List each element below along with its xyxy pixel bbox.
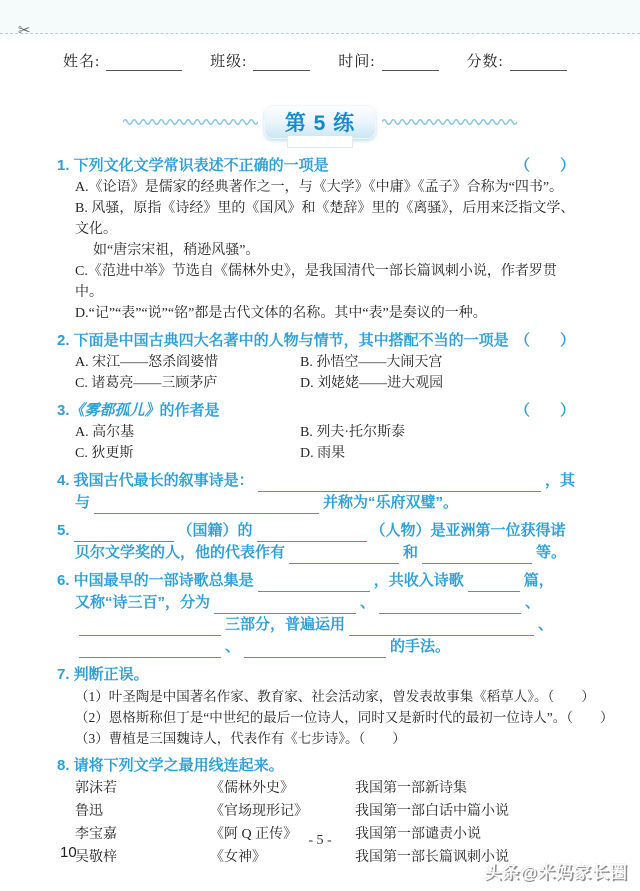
question-3: 3.《雾都孤儿》的作者是 （ ） A. 高尔基 B. 列夫·托尔斯泰 C. 狄更… — [57, 400, 575, 464]
question-4-text-2: ，其 — [545, 470, 575, 492]
question-1-stem-row: 1. 下列文化文学常识表述不正确的一项是 （ ） — [57, 155, 575, 177]
question-5-text-1: （国籍）的 — [178, 520, 253, 542]
time-blank-line — [382, 54, 439, 71]
question-3-book-title: 《雾都孤儿》 — [70, 402, 160, 419]
question-2-stem-row: 2. 下面是中国古典四大名著中的人物与情节，其中搭配不当的一项是 （ ） — [57, 330, 575, 352]
question-7-item-1: （1）叶圣陶是中国著名作家、教育家、社会活动家，曾发表故事集《稻草人》。（ ） — [57, 686, 575, 707]
question-6-text-8: 、 — [538, 614, 553, 636]
question-2-option-b: B. 孙悟空——大闹天宫 — [300, 352, 575, 373]
question-8-stem-row: 8. 请将下列文学之最用线连起来。 — [57, 755, 575, 777]
blank-line — [79, 620, 221, 636]
worksheet-body: 1. 下列文化文学常识表述不正确的一项是 （ ） A.《论语》是儒家的经典著作之… — [57, 155, 575, 875]
question-5-line-1: 5. （国籍）的 （人物）是亚洲第一位获得诺 — [57, 520, 575, 542]
blank-line — [244, 642, 386, 658]
question-3-option-c: C. 狄更斯 — [75, 443, 300, 464]
question-4-line-2: 与 并称为“乐府双璧”。 — [57, 492, 575, 514]
blank-line — [422, 548, 532, 564]
watermark-text: 头条@米妈家长圈 — [484, 858, 628, 883]
question-6-text-4: 又称“诗三百”，分为 — [75, 592, 210, 614]
time-field: 时间: — [338, 50, 438, 71]
question-1-option-b-cont: 如“唐宗宋祖，稍逊风骚”。 — [57, 240, 575, 261]
question-4-text-1: 4. 我国古代最长的叙事诗是： — [57, 470, 254, 492]
wavy-line-left-icon — [123, 116, 258, 128]
blank-line — [94, 498, 319, 514]
student-info-row: 姓名: 班级: 时间: 分数: — [63, 50, 600, 71]
question-3-options-row-2: C. 狄更斯 D. 雨果 — [57, 443, 575, 464]
question-3-options-row-1: A. 高尔基 B. 列夫·托尔斯泰 — [57, 422, 575, 443]
question-3-option-b: B. 列夫·托尔斯泰 — [300, 422, 575, 443]
question-2-answer-bracket: （ ） — [515, 330, 575, 352]
question-1-option-a: A.《论语》是儒家的经典著作之一，与《大学》《中庸》《孟子》合称为“四书”。 — [57, 177, 575, 198]
question-2-stem: 2. 下面是中国古典四大名著中的人物与情节，其中搭配不当的一项是 — [57, 330, 509, 352]
question-7-stem-row: 7. 判断正误。 — [57, 664, 575, 686]
question-2-options-row-2: C. 诸葛亮——三顾茅庐 D. 刘姥姥——进大观园 — [57, 373, 575, 394]
blank-line — [258, 476, 541, 492]
blank-line — [379, 598, 521, 614]
question-1-answer-bracket: （ ） — [515, 155, 575, 177]
score-field: 分数: — [467, 50, 567, 71]
question-1: 1. 下列文化文学常识表述不正确的一项是 （ ） A.《论语》是儒家的经典著作之… — [57, 155, 575, 324]
blank-line — [257, 526, 367, 542]
blank-line — [74, 526, 174, 542]
match-author: 吴敬梓 — [75, 846, 210, 869]
question-1-option-b: B. 风骚，原指《诗经》里的《国风》和《楚辞》里的《离骚》，后用来泛指文学、文化… — [57, 198, 575, 240]
blank-line — [289, 548, 399, 564]
question-7: 7. 判断正误。 （1）叶圣陶是中国著名作家、教育家、社会活动家，曾发表故事集《… — [57, 664, 575, 749]
question-2-options-row-1: A. 宋江——怒杀阎婆惜 B. 孙悟空——大闹天宫 — [57, 352, 575, 373]
question-3-stem: 3.《雾都孤儿》的作者是 — [57, 400, 220, 422]
question-6-line-3: 三部分，普遍运用 、 — [57, 614, 575, 636]
wavy-line-right-icon — [382, 116, 517, 128]
question-8-stem: 8. 请将下列文学之最用线连起来。 — [57, 755, 284, 777]
question-3-option-a: A. 高尔基 — [75, 422, 300, 443]
blank-line — [349, 620, 534, 636]
question-8: 8. 请将下列文学之最用线连起来。 郭沫若 《儒林外史》 我国第一部新诗集 鲁迅… — [57, 755, 575, 869]
question-6: 6. 中国最早的一部诗歌总集是 ，共收入诗歌 篇， 又称“诗三百”，分为 、 、… — [57, 570, 575, 658]
question-5: 5. （国籍）的 （人物）是亚洲第一位获得诺 贝尔文学奖的人，他的代表作有 和 … — [57, 520, 575, 564]
match-desc: 我国第一部白话中篇小说 — [355, 800, 575, 823]
question-5-text-2: （人物）是亚洲第一位获得诺 — [371, 520, 566, 542]
class-field: 班级: — [210, 50, 310, 71]
page-top-tint — [0, 0, 640, 33]
match-book: 《女神》 — [210, 846, 355, 869]
question-5-number: 5. — [57, 520, 70, 542]
lesson-badge-row: 第 5 练 — [0, 96, 640, 148]
cut-dashed-line: ✂ — [0, 33, 640, 34]
question-4-line-1: 4. 我国古代最长的叙事诗是： ，其 — [57, 470, 575, 492]
question-7-stem: 7. 判断正误。 — [57, 664, 149, 686]
sheet-page-number: - 5 - — [0, 833, 640, 849]
question-3-answer-bracket: （ ） — [515, 400, 575, 422]
question-6-line-4: 、 的手法。 — [57, 636, 575, 658]
match-author: 鲁迅 — [75, 800, 210, 823]
name-field: 姓名: — [63, 50, 182, 71]
blank-line — [468, 576, 520, 592]
class-label: 班级: — [210, 50, 247, 71]
question-4-text-4: 并称为“乐府双璧”。 — [323, 492, 458, 514]
question-3-option-d: D. 雨果 — [300, 443, 575, 464]
time-label: 时间: — [338, 50, 375, 71]
question-7-item-3: （3）曹植是三国魏诗人，代表作有《七步诗》。（ ） — [57, 728, 575, 749]
question-6-text-9: 、 — [225, 636, 240, 658]
match-book: 《儒林外史》 — [210, 777, 355, 800]
blank-line — [79, 642, 221, 658]
question-5-text-4: 和 — [403, 542, 418, 564]
question-6-text-5: 、 — [360, 592, 375, 614]
question-6-text-10: 的手法。 — [390, 636, 450, 658]
question-7-item-2: （2）恩格斯称但丁是“中世纪的最后一位诗人，同时又是新时代的最初一位诗人”。（ … — [57, 707, 575, 728]
blank-line — [258, 576, 370, 592]
score-blank-line — [510, 54, 567, 71]
name-blank-line — [106, 54, 182, 71]
question-6-text-3: 篇， — [524, 570, 554, 592]
name-label: 姓名: — [63, 50, 100, 71]
question-2-option-a: A. 宋江——怒杀阎婆惜 — [75, 352, 300, 373]
score-label: 分数: — [467, 50, 504, 71]
question-4: 4. 我国古代最长的叙事诗是： ，其 与 并称为“乐府双璧”。 — [57, 470, 575, 514]
question-6-text-6: 、 — [525, 592, 540, 614]
question-3-number: 3. — [57, 402, 70, 419]
class-blank-line — [253, 54, 310, 71]
question-5-text-5: 等。 — [536, 542, 566, 564]
question-3-stem-rest: 的作者是 — [160, 402, 220, 419]
match-author: 郭沫若 — [75, 777, 210, 800]
question-6-line-1: 6. 中国最早的一部诗歌总集是 ，共收入诗歌 篇， — [57, 570, 575, 592]
question-2-option-c: C. 诸葛亮——三顾茅庐 — [75, 373, 300, 394]
lesson-badge-ribbon-tab — [287, 136, 353, 148]
question-1-option-c: C.《范进中举》节选自《儒林外史》，是我国清代一部长篇讽刺小说，作者罗贯中。 — [57, 261, 575, 303]
question-5-line-2: 贝尔文学奖的人，他的代表作有 和 等。 — [57, 542, 575, 564]
question-6-text-7: 三部分，普遍运用 — [225, 614, 345, 636]
question-2: 2. 下面是中国古典四大名著中的人物与情节，其中搭配不当的一项是 （ ） A. … — [57, 330, 575, 394]
scissors-icon: ✂ — [18, 23, 31, 38]
question-3-stem-row: 3.《雾都孤儿》的作者是 （ ） — [57, 400, 575, 422]
blank-line — [214, 598, 356, 614]
question-6-text-2: ，共收入诗歌 — [374, 570, 464, 592]
match-desc: 我国第一部新诗集 — [355, 777, 575, 800]
question-6-line-2: 又称“诗三百”，分为 、 、 — [57, 592, 575, 614]
question-1-stem: 1. 下列文化文学常识表述不正确的一项是 — [57, 155, 329, 177]
question-4-text-3: 与 — [75, 492, 90, 514]
matching-row: 郭沫若 《儒林外史》 我国第一部新诗集 — [57, 777, 575, 800]
question-2-option-d: D. 刘姥姥——进大观园 — [300, 373, 575, 394]
match-book: 《官场现形记》 — [210, 800, 355, 823]
question-5-text-3: 贝尔文学奖的人，他的代表作有 — [75, 542, 285, 564]
lesson-badge: 第 5 练 — [264, 105, 376, 139]
question-6-text-1: 6. 中国最早的一部诗歌总集是 — [57, 570, 254, 592]
question-1-option-d: D.“记”“表”“说”“铭”都是古代文体的名称。其中“表”是奏议的一种。 — [57, 303, 575, 324]
lesson-badge-title: 第 5 练 — [285, 107, 355, 137]
matching-row: 鲁迅 《官场现形记》 我国第一部白话中篇小说 — [57, 800, 575, 823]
